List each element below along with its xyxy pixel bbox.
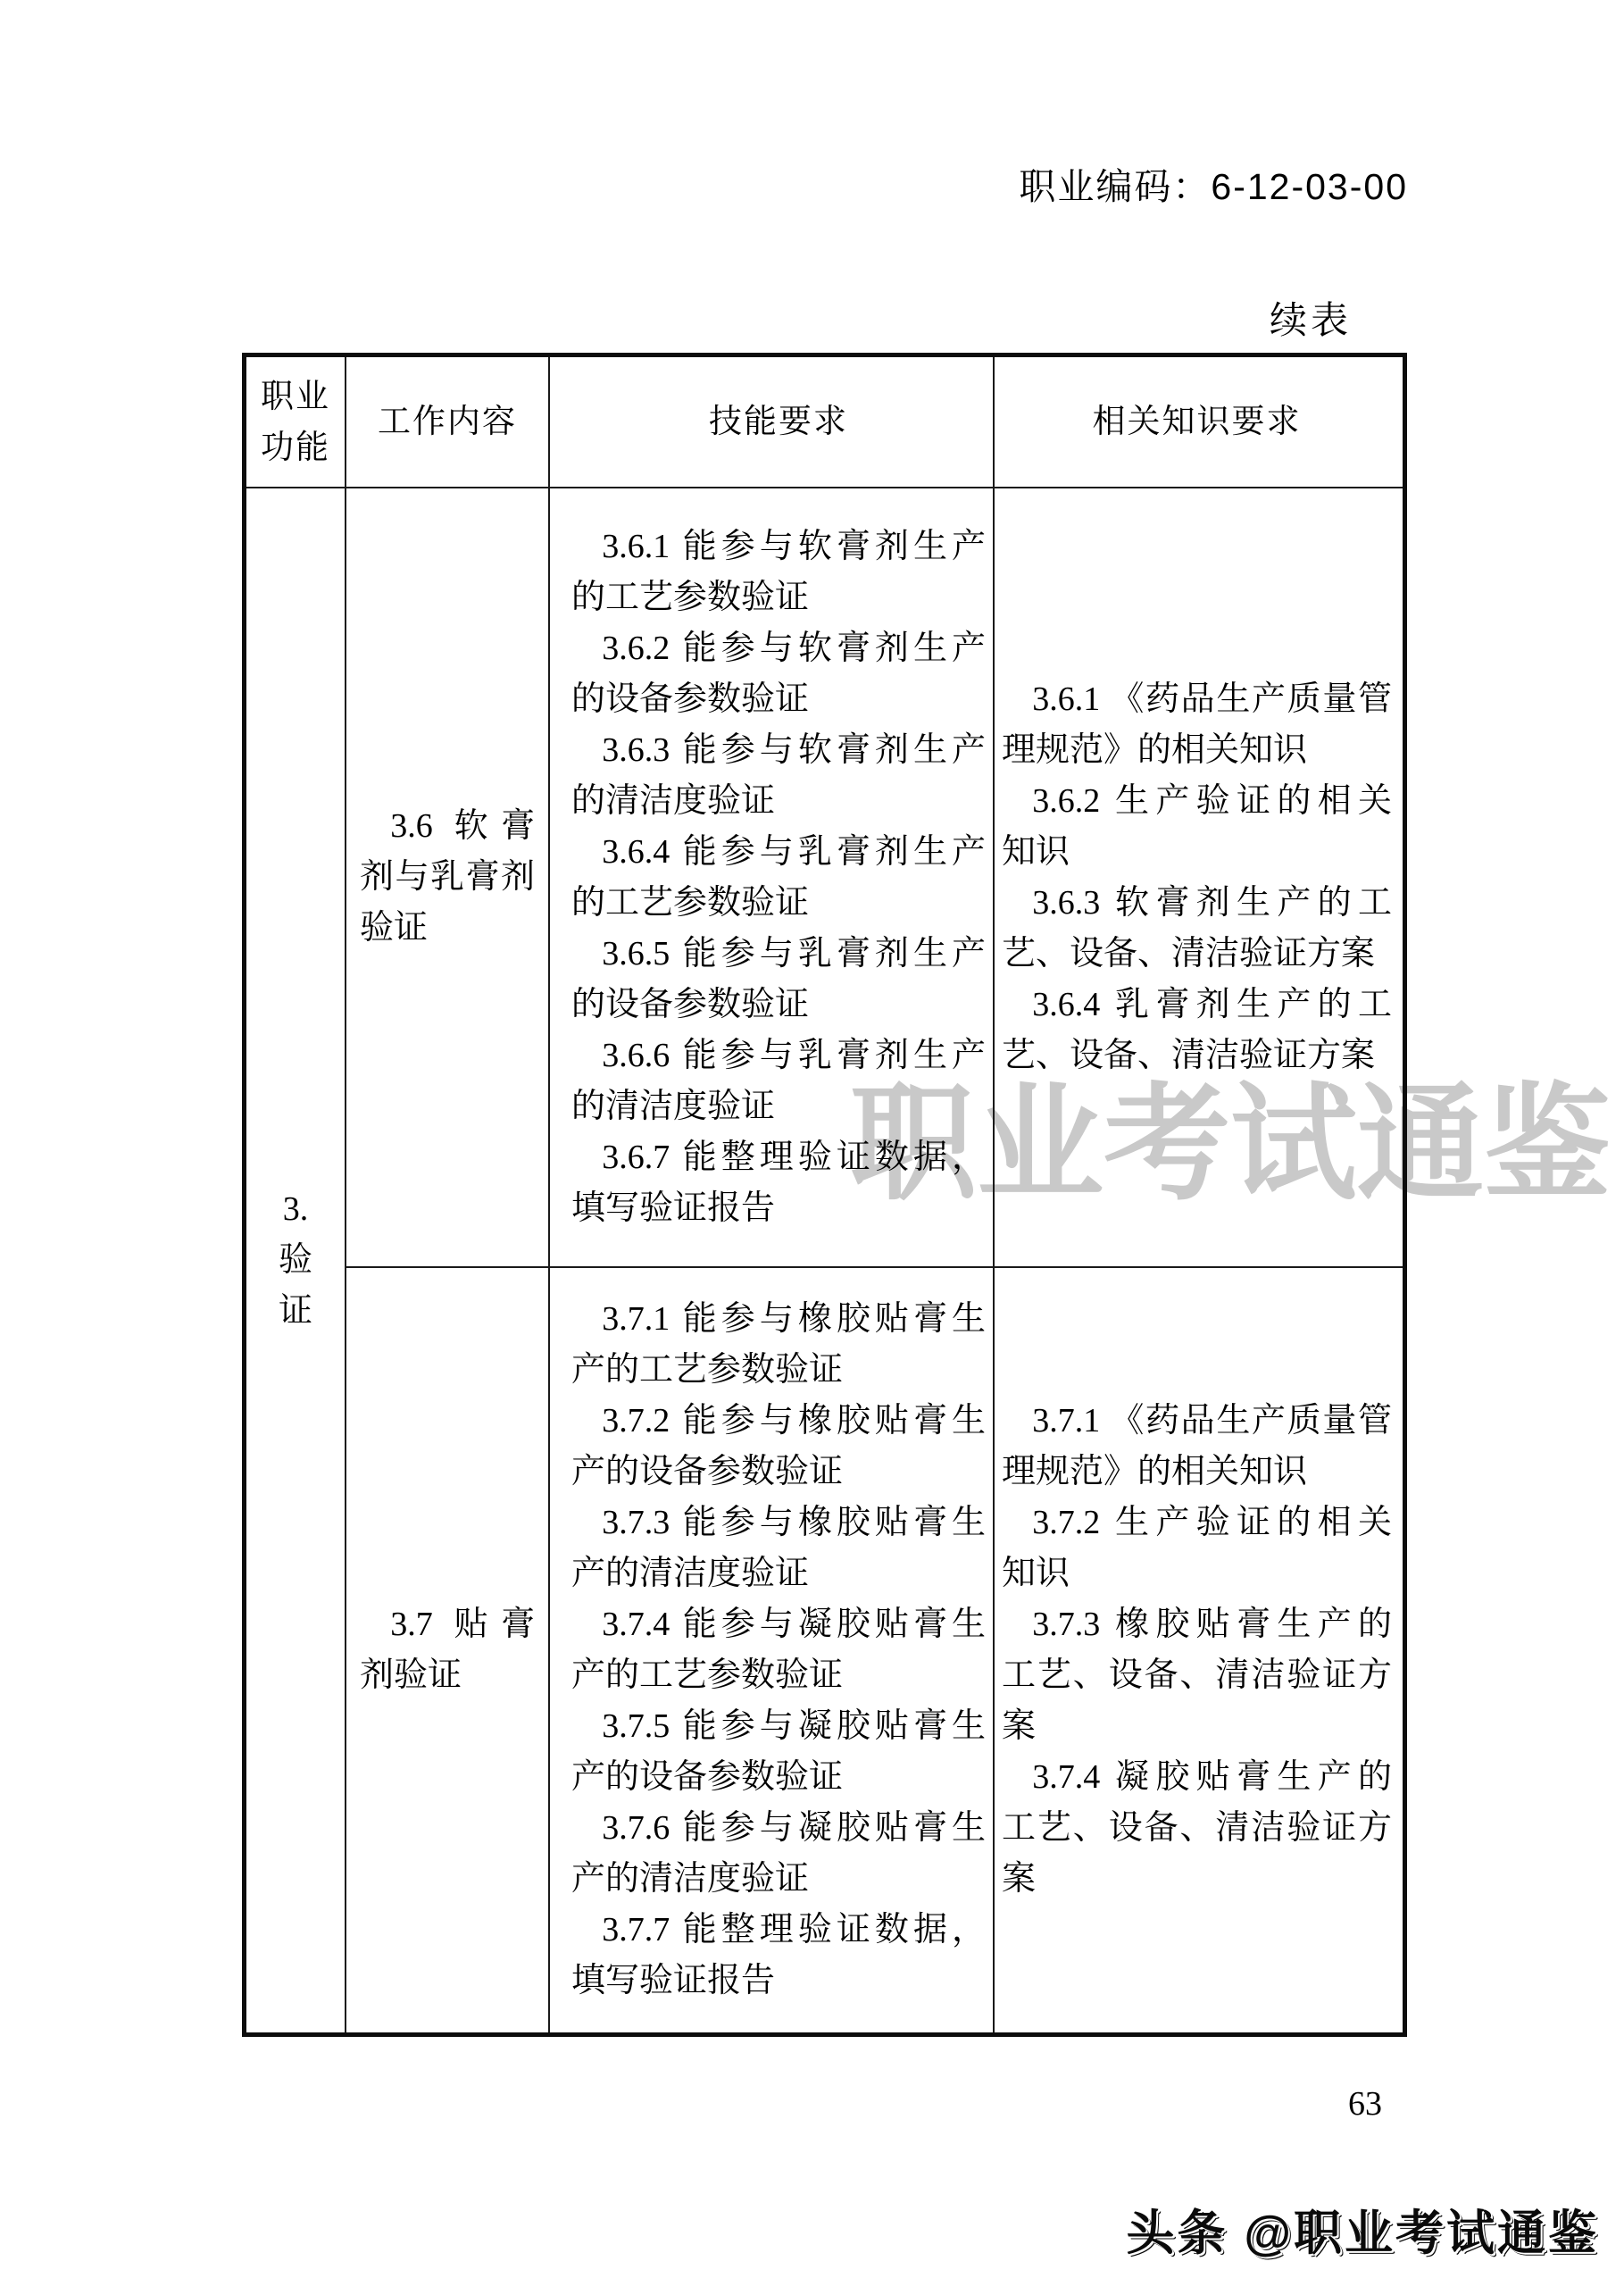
text-line: 3.6.3 软膏剂生产的工 [1002, 878, 1392, 929]
skill-item: 3.7.5 能参与凝胶贴膏生产的设备参数验证 [571, 1701, 986, 1803]
knowledge-item: 3.6.3 软膏剂生产的工艺、设备、清洁验证方案 [1002, 878, 1392, 980]
text-line: 的设备参数验证 [571, 674, 986, 725]
function-cell-line: 验 [246, 1235, 345, 1286]
skills-cell-3-7: 3.7.1 能参与橡胶贴膏生产的工艺参数验证3.7.2 能参与橡胶贴膏生产的设备… [550, 1268, 993, 2032]
header-skills-label: 技能要求 [571, 396, 986, 447]
text-line: 3.6.4 能参与乳膏剂生产 [571, 827, 986, 878]
skill-item: 3.6.4 能参与乳膏剂生产的工艺参数验证 [571, 827, 986, 929]
knowledge-cell-3-6: 3.6.1 《药品生产质量管理规范》的相关知识3.6.2 生产验证的相关知识3.… [995, 488, 1403, 1266]
text-line: 3.7.4 能参与凝胶贴膏生 [571, 1599, 986, 1650]
skill-item: 3.6.7 能整理验证数据，填写验证报告 [571, 1132, 986, 1234]
text-line: 理规范》的相关知识 [1002, 725, 1392, 776]
text-line: 3.7.4 凝胶贴膏生产的 [1002, 1752, 1392, 1803]
header-knowledge-label: 相关知识要求 [1002, 396, 1392, 447]
text-line: 工艺、设备、清洁验证方 [1002, 1650, 1392, 1701]
text-line: 3.6.3 能参与软膏剂生产 [571, 725, 986, 776]
knowledge-item: 3.6.2 生产验证的相关知识 [1002, 776, 1392, 878]
knowledge-cell-3-7: 3.7.1 《药品生产质量管理规范》的相关知识3.7.2 生产验证的相关知识3.… [995, 1268, 1403, 2032]
text-line: 的工艺参数验证 [571, 878, 986, 929]
text-line: 3.6.5 能参与乳膏剂生产 [571, 929, 986, 980]
continued-table-label: 续表 [1270, 291, 1352, 345]
knowledge-item: 3.7.2 生产验证的相关知识 [1002, 1498, 1392, 1599]
text-line: 产的设备参数验证 [571, 1752, 986, 1803]
text-line: 产的清洁度验证 [571, 1548, 986, 1599]
skill-item: 3.7.1 能参与橡胶贴膏生产的工艺参数验证 [571, 1294, 986, 1396]
header-function-line: 功能 [246, 422, 345, 473]
header-work-content: 工作内容 [346, 357, 548, 487]
text-line: 案 [1002, 1701, 1392, 1752]
occupational-standard-table: 职业功能 工作内容 技能要求 相关知识要求 3.验证 3.6 软膏剂与乳膏剂验证… [242, 353, 1407, 2037]
text-line: 产的清洁度验证 [571, 1854, 986, 1905]
skill-item: 3.6.2 能参与软膏剂生产的设备参数验证 [571, 623, 986, 725]
text-line: 知识 [1002, 1548, 1392, 1599]
footer-brand: 头条 @职业考试通鉴 [1126, 2195, 1599, 2264]
text-line: 的工艺参数验证 [571, 572, 986, 623]
text-line: 艺、设备、清洁验证方案 [1002, 929, 1392, 980]
text-line: 产的设备参数验证 [571, 1447, 986, 1498]
knowledge-item: 3.7.3 橡胶贴膏生产的工艺、设备、清洁验证方案 [1002, 1599, 1392, 1752]
skill-item: 3.7.2 能参与橡胶贴膏生产的设备参数验证 [571, 1396, 986, 1498]
skills-cell-3-6: 3.6.1 能参与软膏剂生产的工艺参数验证3.6.2 能参与软膏剂生产的设备参数… [550, 488, 993, 1266]
skill-item: 3.6.3 能参与软膏剂生产的清洁度验证 [571, 725, 986, 827]
text-line: 3.6.2 生产验证的相关 [1002, 776, 1392, 827]
header-function-line: 职业 [246, 371, 345, 422]
work-content-paragraph: 3.6 软膏 [360, 801, 535, 852]
text-line: 填写验证报告 [571, 1956, 986, 2007]
function-cell-line: 3. [246, 1184, 345, 1235]
knowledge-item: 3.6.1 《药品生产质量管理规范》的相关知识 [1002, 674, 1392, 776]
work-content-cell-3-7: 3.7 贴膏剂验证 [346, 1268, 548, 2032]
text-line: 3.7.3 能参与橡胶贴膏生 [571, 1498, 986, 1548]
text-line: 工艺、设备、清洁验证方 [1002, 1803, 1392, 1854]
text-line: 3.7.6 能参与凝胶贴膏生 [571, 1803, 986, 1854]
text-line: 填写验证报告 [571, 1183, 986, 1234]
document-page: { "page": { "occupation_code": "职业编码：6-1… [0, 0, 1624, 2278]
header-knowledge: 相关知识要求 [995, 357, 1403, 487]
work-content-paragraph: 3.7 贴膏 [360, 1599, 535, 1650]
page-number: 63 [1348, 2084, 1382, 2124]
text-line: 3.7.2 能参与橡胶贴膏生 [571, 1396, 986, 1447]
text-line: 艺、设备、清洁验证方案 [1002, 1031, 1392, 1081]
function-cell-line: 证 [246, 1286, 345, 1337]
work-content-paragraph: 剂验证 [360, 1650, 535, 1701]
text-line: 3.6.1 《药品生产质量管 [1002, 674, 1392, 725]
text-line: 案 [1002, 1854, 1392, 1905]
skill-item: 3.6.1 能参与软膏剂生产的工艺参数验证 [571, 522, 986, 623]
skill-item: 3.7.3 能参与橡胶贴膏生产的清洁度验证 [571, 1498, 986, 1599]
text-line: 产的工艺参数验证 [571, 1650, 986, 1701]
text-line: 知识 [1002, 827, 1392, 878]
header-skills: 技能要求 [550, 357, 993, 487]
knowledge-item: 3.7.1 《药品生产质量管理规范》的相关知识 [1002, 1396, 1392, 1498]
skill-item: 3.7.4 能参与凝胶贴膏生产的工艺参数验证 [571, 1599, 986, 1701]
skill-item: 3.6.5 能参与乳膏剂生产的设备参数验证 [571, 929, 986, 1031]
text-line: 3.7.5 能参与凝胶贴膏生 [571, 1701, 986, 1752]
text-line: 的设备参数验证 [571, 980, 986, 1031]
work-content-cell-3-6: 3.6 软膏剂与乳膏剂验证 [346, 488, 548, 1266]
text-line: 3.6.2 能参与软膏剂生产 [571, 623, 986, 674]
text-line: 3.7.1 能参与橡胶贴膏生 [571, 1294, 986, 1345]
text-line: 3.6.6 能参与乳膏剂生产 [571, 1031, 986, 1081]
text-line: 3.7.2 生产验证的相关 [1002, 1498, 1392, 1548]
text-line: 理规范》的相关知识 [1002, 1447, 1392, 1498]
work-content-paragraph: 验证 [360, 903, 535, 954]
text-line: 3.6.7 能整理验证数据， [571, 1132, 986, 1183]
text-line: 3.6.4 乳膏剂生产的工 [1002, 980, 1392, 1031]
knowledge-item: 3.6.4 乳膏剂生产的工艺、设备、清洁验证方案 [1002, 980, 1392, 1081]
text-line: 的清洁度验证 [571, 1081, 986, 1132]
skill-item: 3.7.6 能参与凝胶贴膏生产的清洁度验证 [571, 1803, 986, 1905]
text-line: 的清洁度验证 [571, 776, 986, 827]
text-line: 产的工艺参数验证 [571, 1345, 986, 1396]
work-content-paragraph: 剂与乳膏剂 [360, 852, 535, 903]
skill-item: 3.7.7 能整理验证数据，填写验证报告 [571, 1905, 986, 2007]
text-line: 3.7.1 《药品生产质量管 [1002, 1396, 1392, 1447]
text-line: 3.6.1 能参与软膏剂生产 [571, 522, 986, 572]
header-function: 职业功能 [246, 357, 345, 487]
text-line: 3.7.7 能整理验证数据， [571, 1905, 986, 1956]
function-cell-verification: 3.验证 [246, 488, 345, 2032]
header-work-content-label: 工作内容 [360, 396, 535, 447]
knowledge-item: 3.7.4 凝胶贴膏生产的工艺、设备、清洁验证方案 [1002, 1752, 1392, 1905]
text-line: 3.7.3 橡胶贴膏生产的 [1002, 1599, 1392, 1650]
occupation-code-label: 职业编码：6-12-03-00 [1019, 157, 1408, 210]
skill-item: 3.6.6 能参与乳膏剂生产的清洁度验证 [571, 1031, 986, 1132]
